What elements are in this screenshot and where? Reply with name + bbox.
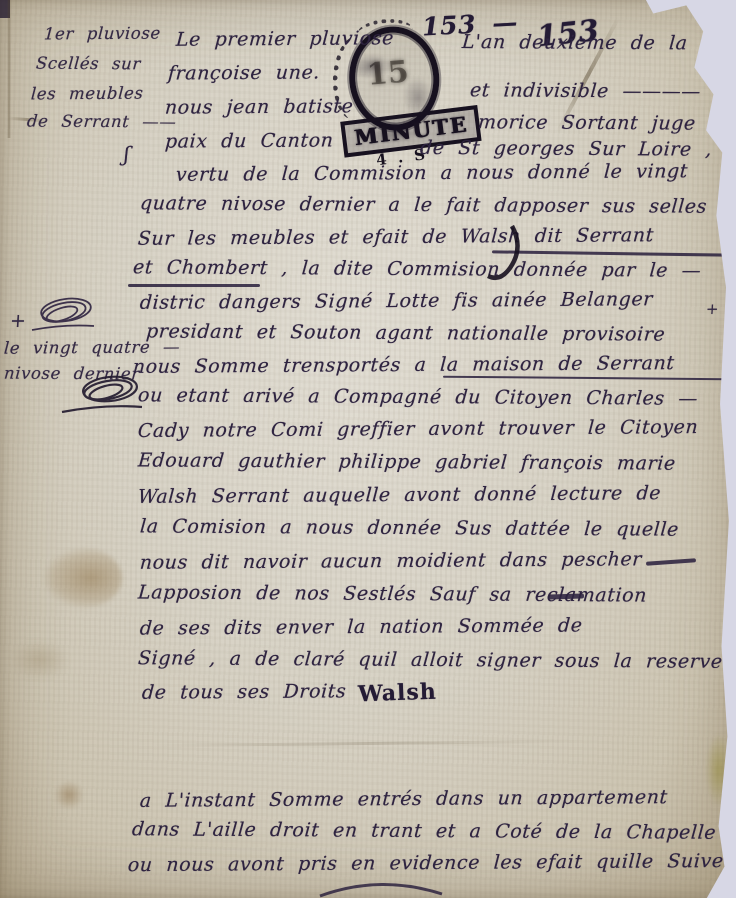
margin-mark: ʃ — [123, 142, 131, 166]
body-text-line: Cady notre Comi greffier avont trouver l… — [137, 416, 699, 442]
margin-note-line: Scellés sur — [35, 54, 141, 74]
body-text-line: et Chombert , la dite Commision donnée p… — [132, 256, 702, 281]
underline-stroke — [443, 376, 735, 381]
body-text-line: L'an deuxieme de la republiqu — [461, 31, 736, 55]
fold-crease — [7, 0, 11, 138]
body-text-line: quatre nivose dernier a le fait dapposer… — [139, 192, 708, 217]
body-text-line: vertu de la Commision a nous donné le vi… — [175, 160, 689, 186]
torn-edge-shadow — [724, 395, 730, 455]
body-text-line: françoise une. — [167, 61, 320, 84]
body-text-line: Signé , a de claré quil alloit signer so… — [137, 647, 723, 673]
paper-stain — [706, 735, 732, 805]
margin-note-line: de Serrant —— — [26, 112, 177, 132]
body-text-line: et indivisible ———— — [469, 79, 702, 102]
body-text-line: distric dangers Signé Lotte fis ainée Be… — [139, 288, 653, 314]
body-text-line: nous dit navoir aucun moidient dans pesc… — [139, 548, 643, 574]
body-text-line: Walsh Serrant auquelle avont donné lectu… — [137, 482, 662, 508]
ink-stain — [52, 782, 86, 808]
paper-stain — [10, 640, 70, 680]
margin-plus-mark: + — [705, 300, 719, 318]
body-text-line: de St georges Sur Loire , en — — [419, 137, 736, 161]
descender-flourish — [466, 222, 536, 292]
body-text-line: nous jean batiste — [164, 95, 354, 118]
closing-text-line: dans L'aille droit en trant et a Coté de… — [131, 818, 717, 844]
body-text-line: nous Somme trensportés a la maison de Se… — [132, 352, 675, 378]
ink-stain — [44, 548, 122, 608]
body-text-line: Edouard gauthier philippe gabriel franço… — [137, 449, 676, 474]
body-text-line: de tous ses Droits — [141, 680, 347, 703]
underline-stroke — [128, 284, 260, 287]
body-text-line: de ses dits enver la nation Sommée de — [139, 614, 583, 639]
torn-edge-shadow — [727, 150, 733, 240]
closing-text-line: ou nous avont pris en evidence les efait… — [127, 850, 736, 876]
corner-ink-mark — [0, 0, 10, 18]
body-text-line: paix du Canton — [164, 129, 334, 152]
body-text-line: la Comision a nous donnée Sus dattée le … — [139, 515, 679, 540]
fold-crease — [150, 740, 580, 748]
bottom-flourish — [316, 880, 446, 898]
body-text-line: Sur les meubles et efait de Walsh dit Se… — [137, 224, 654, 250]
closing-text-line: a L'instant Somme entrés dans un apparte… — [139, 786, 668, 812]
scribble-flourish — [60, 374, 144, 418]
body-text-line: presidant et Souton agant nationalle pro… — [145, 320, 666, 345]
margin-plus-mark: + — [9, 310, 27, 332]
body-text-line: ou etant arivé a Compagné du Citoyen Cha… — [137, 384, 699, 409]
manuscript-page: 153 — 153 15 MINUTE 4 . S 1er pluviose S… — [0, 0, 734, 898]
body-text-line: Le premier pluviose — [175, 27, 394, 51]
margin-note-line: 1er pluviose — [43, 24, 161, 44]
body-text-line: morice Sortant juge de — [477, 111, 735, 135]
walsh-signature: Walsh — [358, 679, 438, 708]
scribble-flourish — [26, 296, 96, 338]
strikethrough-stroke — [646, 558, 696, 565]
margin-note-line: les meubles — [30, 84, 144, 104]
